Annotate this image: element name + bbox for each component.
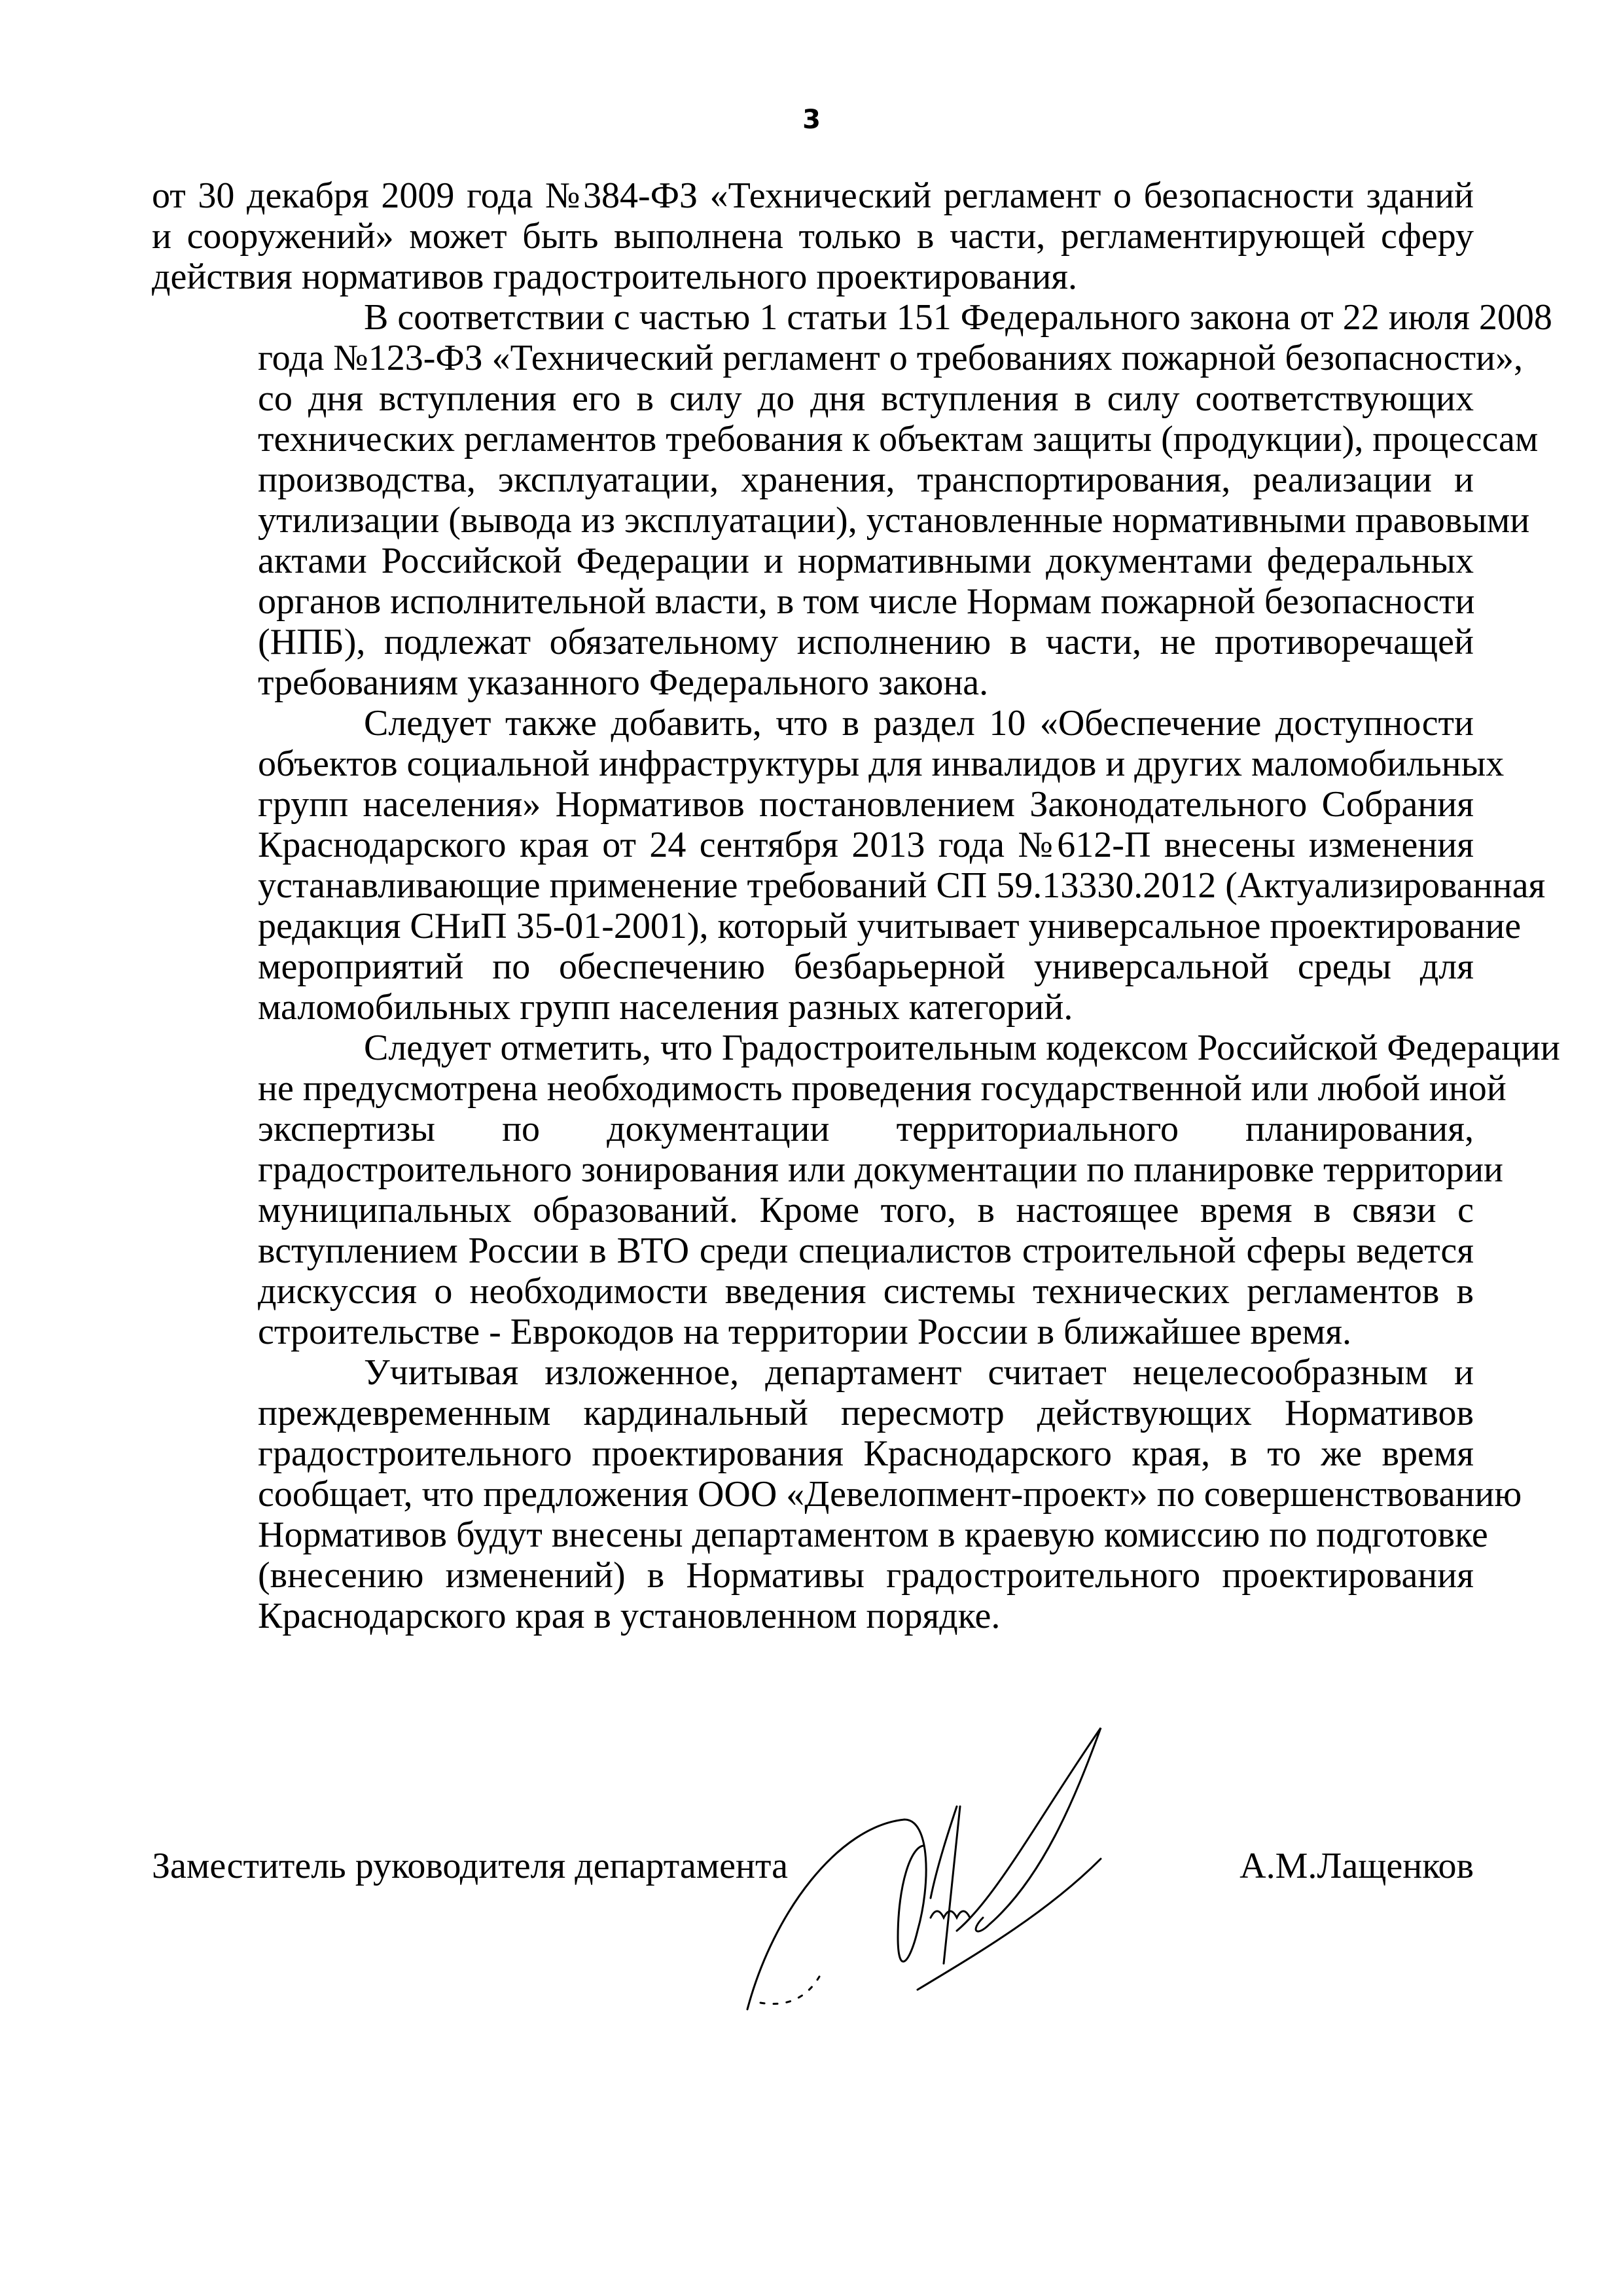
text-line: утилизации (вывода из эксплуатации), уст… xyxy=(152,500,1474,541)
text-line: производства, эксплуатации, хранения, тр… xyxy=(152,459,1474,500)
text-line: строительстве - Еврокодов на территории … xyxy=(152,1312,1474,1352)
text-line: Краснодарского края в установленном поря… xyxy=(152,1596,1474,1636)
text-line: года №123-ФЗ «Технический регламент о тр… xyxy=(152,338,1474,378)
text-line: технических регламентов требования к объ… xyxy=(152,419,1474,459)
text-line: маломобильных групп населения разных кат… xyxy=(152,987,1474,1028)
text-line: и сооружений» может быть выполнена тольк… xyxy=(152,216,1474,257)
paragraph-3: Следует также добавить, что в раздел 10 … xyxy=(152,703,1474,1028)
text-line: Нормативов будут внесены департаментом в… xyxy=(152,1515,1474,1555)
paragraph-5: Учитывая изложенное, департамент считает… xyxy=(152,1352,1474,1636)
letter-body: от 30 декабря 2009 года №384-ФЗ «Техниче… xyxy=(152,175,1474,1636)
text-line: Следует также добавить, что в раздел 10 … xyxy=(152,703,1474,744)
signatory-title: Заместитель руководителя департамента xyxy=(152,1846,788,1886)
signature-block: Заместитель руководителя департамента А.… xyxy=(152,1826,1474,2036)
text-line: (НПБ), подлежат обязательному исполнению… xyxy=(152,622,1474,662)
handwritten-signature-icon xyxy=(734,1715,1232,2016)
text-line: Краснодарского края от 24 сентября 2013 … xyxy=(152,825,1474,865)
text-line: органов исполнительной власти, в том чис… xyxy=(152,581,1474,622)
text-line: дискуссия о необходимости введения систе… xyxy=(152,1271,1474,1312)
text-line: редакция СНиП 35-01-2001), который учиты… xyxy=(152,906,1474,946)
text-line: от 30 декабря 2009 года №384-ФЗ «Техниче… xyxy=(152,175,1474,216)
paragraph-2: В соответствии с частью 1 статьи 151 Фед… xyxy=(152,297,1474,703)
text-line: требованиям указанного Федерального зако… xyxy=(152,662,1474,703)
text-line: мероприятий по обеспечению безбарьерной … xyxy=(152,946,1474,987)
text-line: (внесению изменений) в Нормативы градост… xyxy=(152,1555,1474,1596)
text-line: действия нормативов градостроительного п… xyxy=(152,257,1474,297)
page-number: 3 xyxy=(0,105,1623,135)
text-line: В соответствии с частью 1 статьи 151 Фед… xyxy=(152,297,1474,338)
text-line: актами Российской Федерации и нормативны… xyxy=(152,541,1474,581)
signatory-name: А.М.Лащенков xyxy=(1240,1846,1474,1886)
text-line: со дня вступления его в силу до дня всту… xyxy=(152,378,1474,419)
text-line: устанавливающие применение требований СП… xyxy=(152,865,1474,906)
text-line: не предусмотрена необходимость проведени… xyxy=(152,1068,1474,1109)
text-line: объектов социальной инфраструктуры для и… xyxy=(152,744,1474,784)
text-line: вступлением России в ВТО среди специалис… xyxy=(152,1230,1474,1271)
text-line: экспертизы по документации территориальн… xyxy=(152,1109,1474,1149)
text-line: Следует отметить, что Градостроительным … xyxy=(152,1028,1474,1068)
paragraph-4: Следует отметить, что Градостроительным … xyxy=(152,1028,1474,1352)
text-line: преждевременным кардинальный пересмотр д… xyxy=(152,1393,1474,1433)
text-line: градостроительного проектирования Красно… xyxy=(152,1433,1474,1474)
text-line: сообщает, что предложения ООО «Девелопме… xyxy=(152,1474,1474,1515)
text-line: градостроительного зонирования или докум… xyxy=(152,1149,1474,1190)
text-line: групп населения» Нормативов постановлени… xyxy=(152,784,1474,825)
paragraph-1: от 30 декабря 2009 года №384-ФЗ «Техниче… xyxy=(152,175,1474,297)
text-line: муниципальных образований. Кроме того, в… xyxy=(152,1190,1474,1230)
text-line: Учитывая изложенное, департамент считает… xyxy=(152,1352,1474,1393)
